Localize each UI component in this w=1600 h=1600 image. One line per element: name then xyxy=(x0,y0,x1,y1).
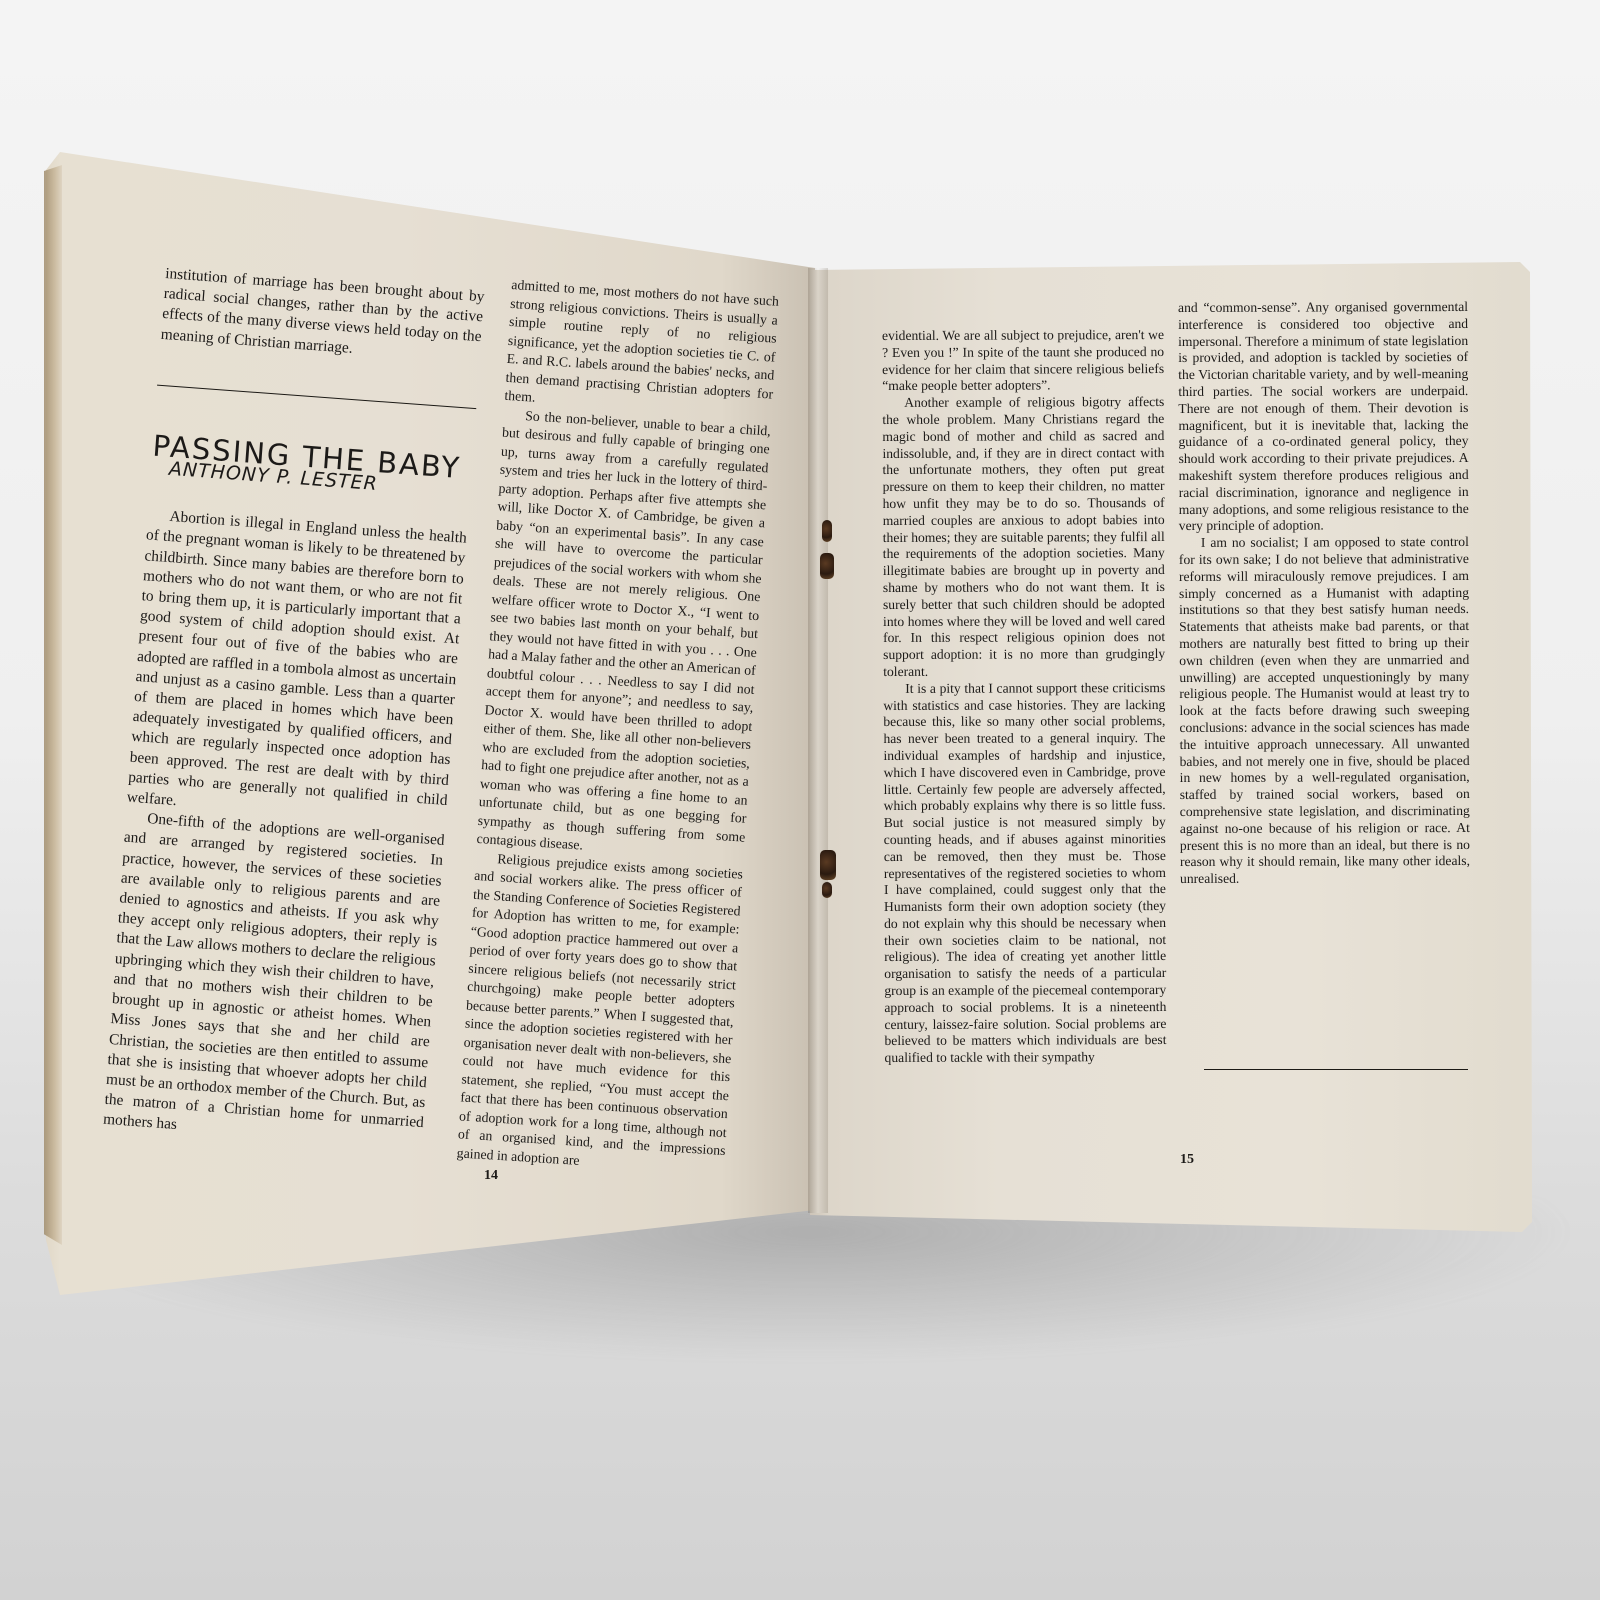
paragraph: evidential. We are all subject to prejud… xyxy=(882,327,1164,395)
paragraph: So the non-believer, unable to bear a ch… xyxy=(476,405,771,865)
paragraph: Abortion is illegal in England unless th… xyxy=(126,506,467,832)
book-spine xyxy=(808,268,828,1213)
paragraph: Another example of religious bigotry aff… xyxy=(882,394,1165,681)
paragraph: I am no socialist; I am opposed to state… xyxy=(1179,534,1470,888)
staple-icon xyxy=(820,553,834,579)
left-page-column-1: institution of marriage has been brought… xyxy=(102,264,485,1154)
staple-icon xyxy=(822,520,832,542)
right-page-column-1: evidential. We are all subject to prejud… xyxy=(882,327,1167,1067)
section-divider xyxy=(157,384,476,408)
paragraph: It is a pity that I cannot support these… xyxy=(883,680,1166,1067)
left-page-column-2: admitted to me, most mothers do not have… xyxy=(456,276,779,1179)
paragraph: admitted to me, most mothers do not have… xyxy=(504,276,780,422)
staple-icon xyxy=(820,850,836,880)
end-of-article-rule xyxy=(1204,1069,1468,1070)
paragraph: Religious prejudice exists among societi… xyxy=(456,848,743,1179)
page-number-right: 15 xyxy=(1180,1152,1194,1168)
page-number-left: 14 xyxy=(484,1168,498,1184)
page-stack-edge xyxy=(44,165,62,1245)
paragraph: and “common-sense”. Any organised govern… xyxy=(1178,299,1469,535)
staple-icon xyxy=(822,882,832,898)
paragraph: One-fifth of the adoptions are well-orga… xyxy=(102,808,445,1154)
right-page-column-2: and “common-sense”. Any organised govern… xyxy=(1178,299,1470,888)
